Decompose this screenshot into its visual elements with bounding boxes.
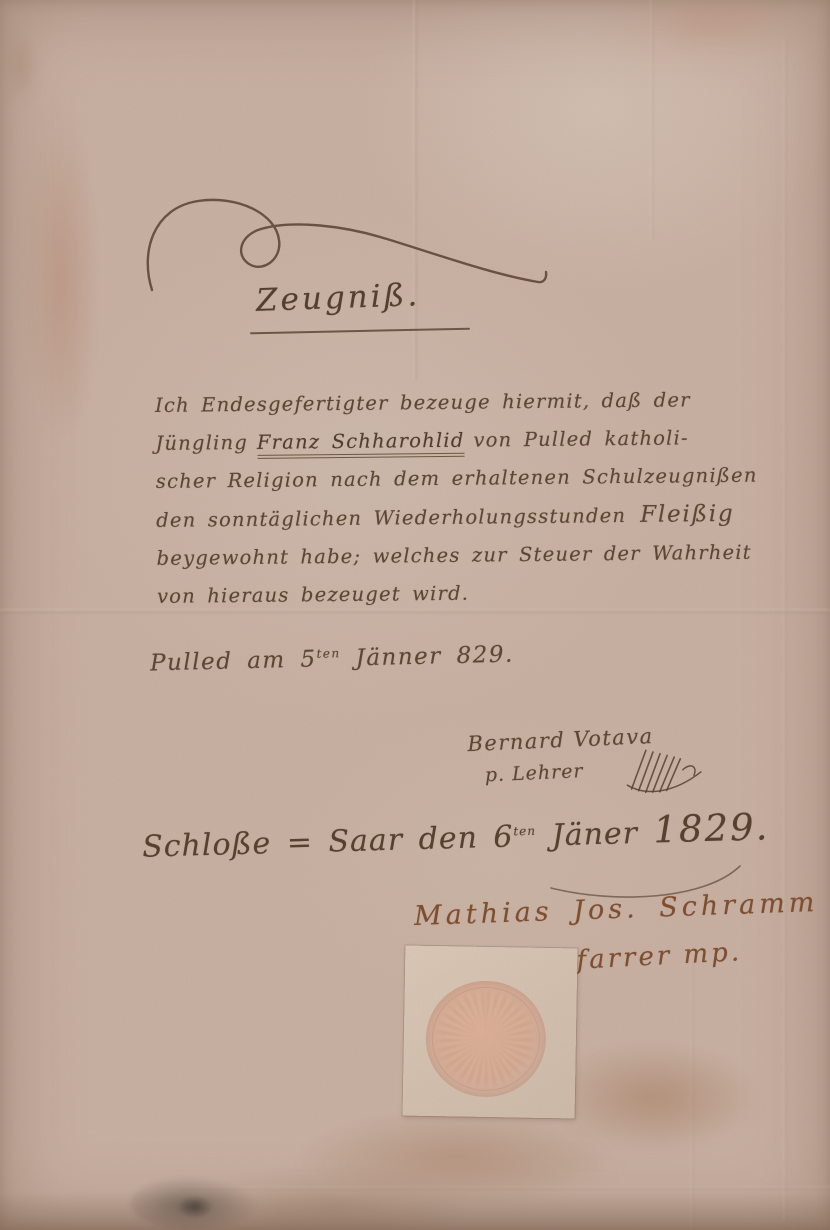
body-line-6: von hieraus bezeuget wird. xyxy=(157,572,717,616)
document-page: Zeugniß. Ich Endesgefertigter bezeuge hi… xyxy=(0,0,830,1230)
stain-top-center xyxy=(655,0,785,48)
stain-top-left-edge xyxy=(6,28,34,102)
date-line-2-ordinal: ten xyxy=(513,824,536,839)
fold-crease-vertical-top-right xyxy=(650,0,654,240)
body-line-5: beygewohnt habe; welches zur Steuer der … xyxy=(156,534,716,578)
bottom-edge-shadow xyxy=(0,1192,830,1230)
fold-crease-vertical-upper xyxy=(413,0,417,380)
stain-bottom-right xyxy=(560,1050,760,1150)
body-line-2-suffix: von Pulled katholi- xyxy=(473,426,689,451)
date-line-1-ordinal: ten xyxy=(316,646,340,661)
signature-paraph-icon xyxy=(624,742,712,798)
date-line-2-text: Schloße = Saar den 6 xyxy=(142,819,514,864)
stain-left-streak xyxy=(38,150,90,430)
embossed-wafer-seal xyxy=(425,980,547,1098)
body-line-1: Ich Endesgefertigter bezeuge hiermit, da… xyxy=(155,381,715,425)
seal-paper-square xyxy=(403,946,578,1119)
ink-smudge-core xyxy=(178,1196,212,1218)
date-line-pulled: Pulled am 5ten Jänner 829. xyxy=(150,642,514,677)
body-line-3: scher Religion nach dem erhaltenen Schul… xyxy=(156,457,716,501)
body-line-4: den sonntäglichen WiederholungsstundenFl… xyxy=(156,495,716,540)
grade-word-fleissig: Fleißig xyxy=(640,501,735,528)
priest-signature-role: Pfarrer mp. xyxy=(555,937,742,977)
body-line-2: JünglingFranz Schharohlidvon Pulled kath… xyxy=(155,419,715,463)
date-line-schloss-saar: Schloße = Saar den 6ten Jäner 1829. xyxy=(142,805,770,866)
title-underline xyxy=(250,328,470,335)
body-line-4-text: den sonntäglichen Wiederholungsstunden xyxy=(156,504,626,532)
date-line-2-year: 1829. xyxy=(653,805,770,851)
certificate-body: Ich Endesgefertigter bezeuge hiermit, da… xyxy=(155,381,717,616)
teacher-signature-block: Bernard Votava p. Lehrer xyxy=(467,720,749,787)
fold-crease-right-margin xyxy=(783,40,787,1220)
date-line-2-rest: Jäner xyxy=(536,815,654,853)
date-line-1-text: Pulled am 5 xyxy=(150,646,317,676)
priest-signature-name: Mathias Jos. Schramm xyxy=(414,887,819,932)
body-line-2-prefix: Jüngling xyxy=(155,431,248,455)
student-name: Franz Schharohlid xyxy=(257,429,465,459)
document-title: Zeugniß. xyxy=(255,277,420,319)
date-line-1-rest: Jänner 829. xyxy=(340,642,514,672)
